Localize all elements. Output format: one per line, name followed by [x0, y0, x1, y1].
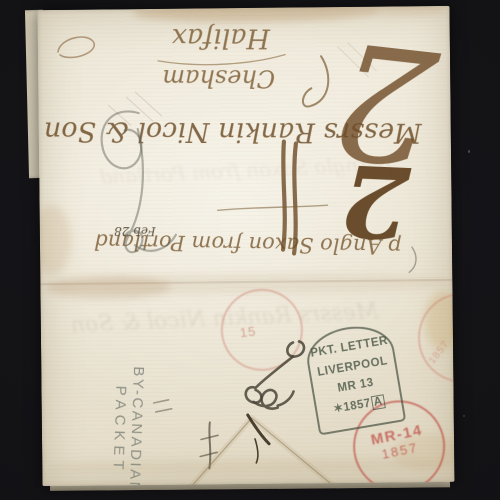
address-script-street: Chesham: [136, 64, 301, 93]
center-rate-numeral: 2: [339, 149, 411, 250]
photo-background: Messrs Rankin Nicol & Son p Anglo Saxon …: [0, 0, 500, 500]
seal-ink-stroke: [248, 415, 270, 463]
dust-speck: [468, 150, 470, 153]
liverpool-tombstone-handstamp: PKT. LETTER LIVERPOOL MR 13 ✶1857A: [302, 320, 406, 435]
cds-digits: 15: [222, 322, 273, 343]
oval-scribble: [58, 37, 95, 58]
red-cds-faint-right-edge: 1857: [418, 292, 455, 383]
date-note-script: Feb 28: [110, 224, 160, 238]
stain: [132, 6, 377, 23]
cds-digits: 1857: [427, 339, 452, 367]
red-cds-faint-left: 15: [216, 284, 307, 375]
dust-speck: [463, 415, 465, 417]
flap-crease: [189, 417, 333, 486]
folded-letter-paper: Messrs Rankin Nicol & Son p Anglo Saxon …: [38, 6, 455, 486]
address-script-town: Halifax: [146, 22, 296, 54]
stain: [46, 275, 171, 300]
tombstone-year: ✶1857: [333, 397, 372, 415]
by-canadian-packet-handstamp: BY-CANADIAN PACKET: [100, 355, 147, 487]
tombstone-index-letter: A: [371, 394, 386, 410]
